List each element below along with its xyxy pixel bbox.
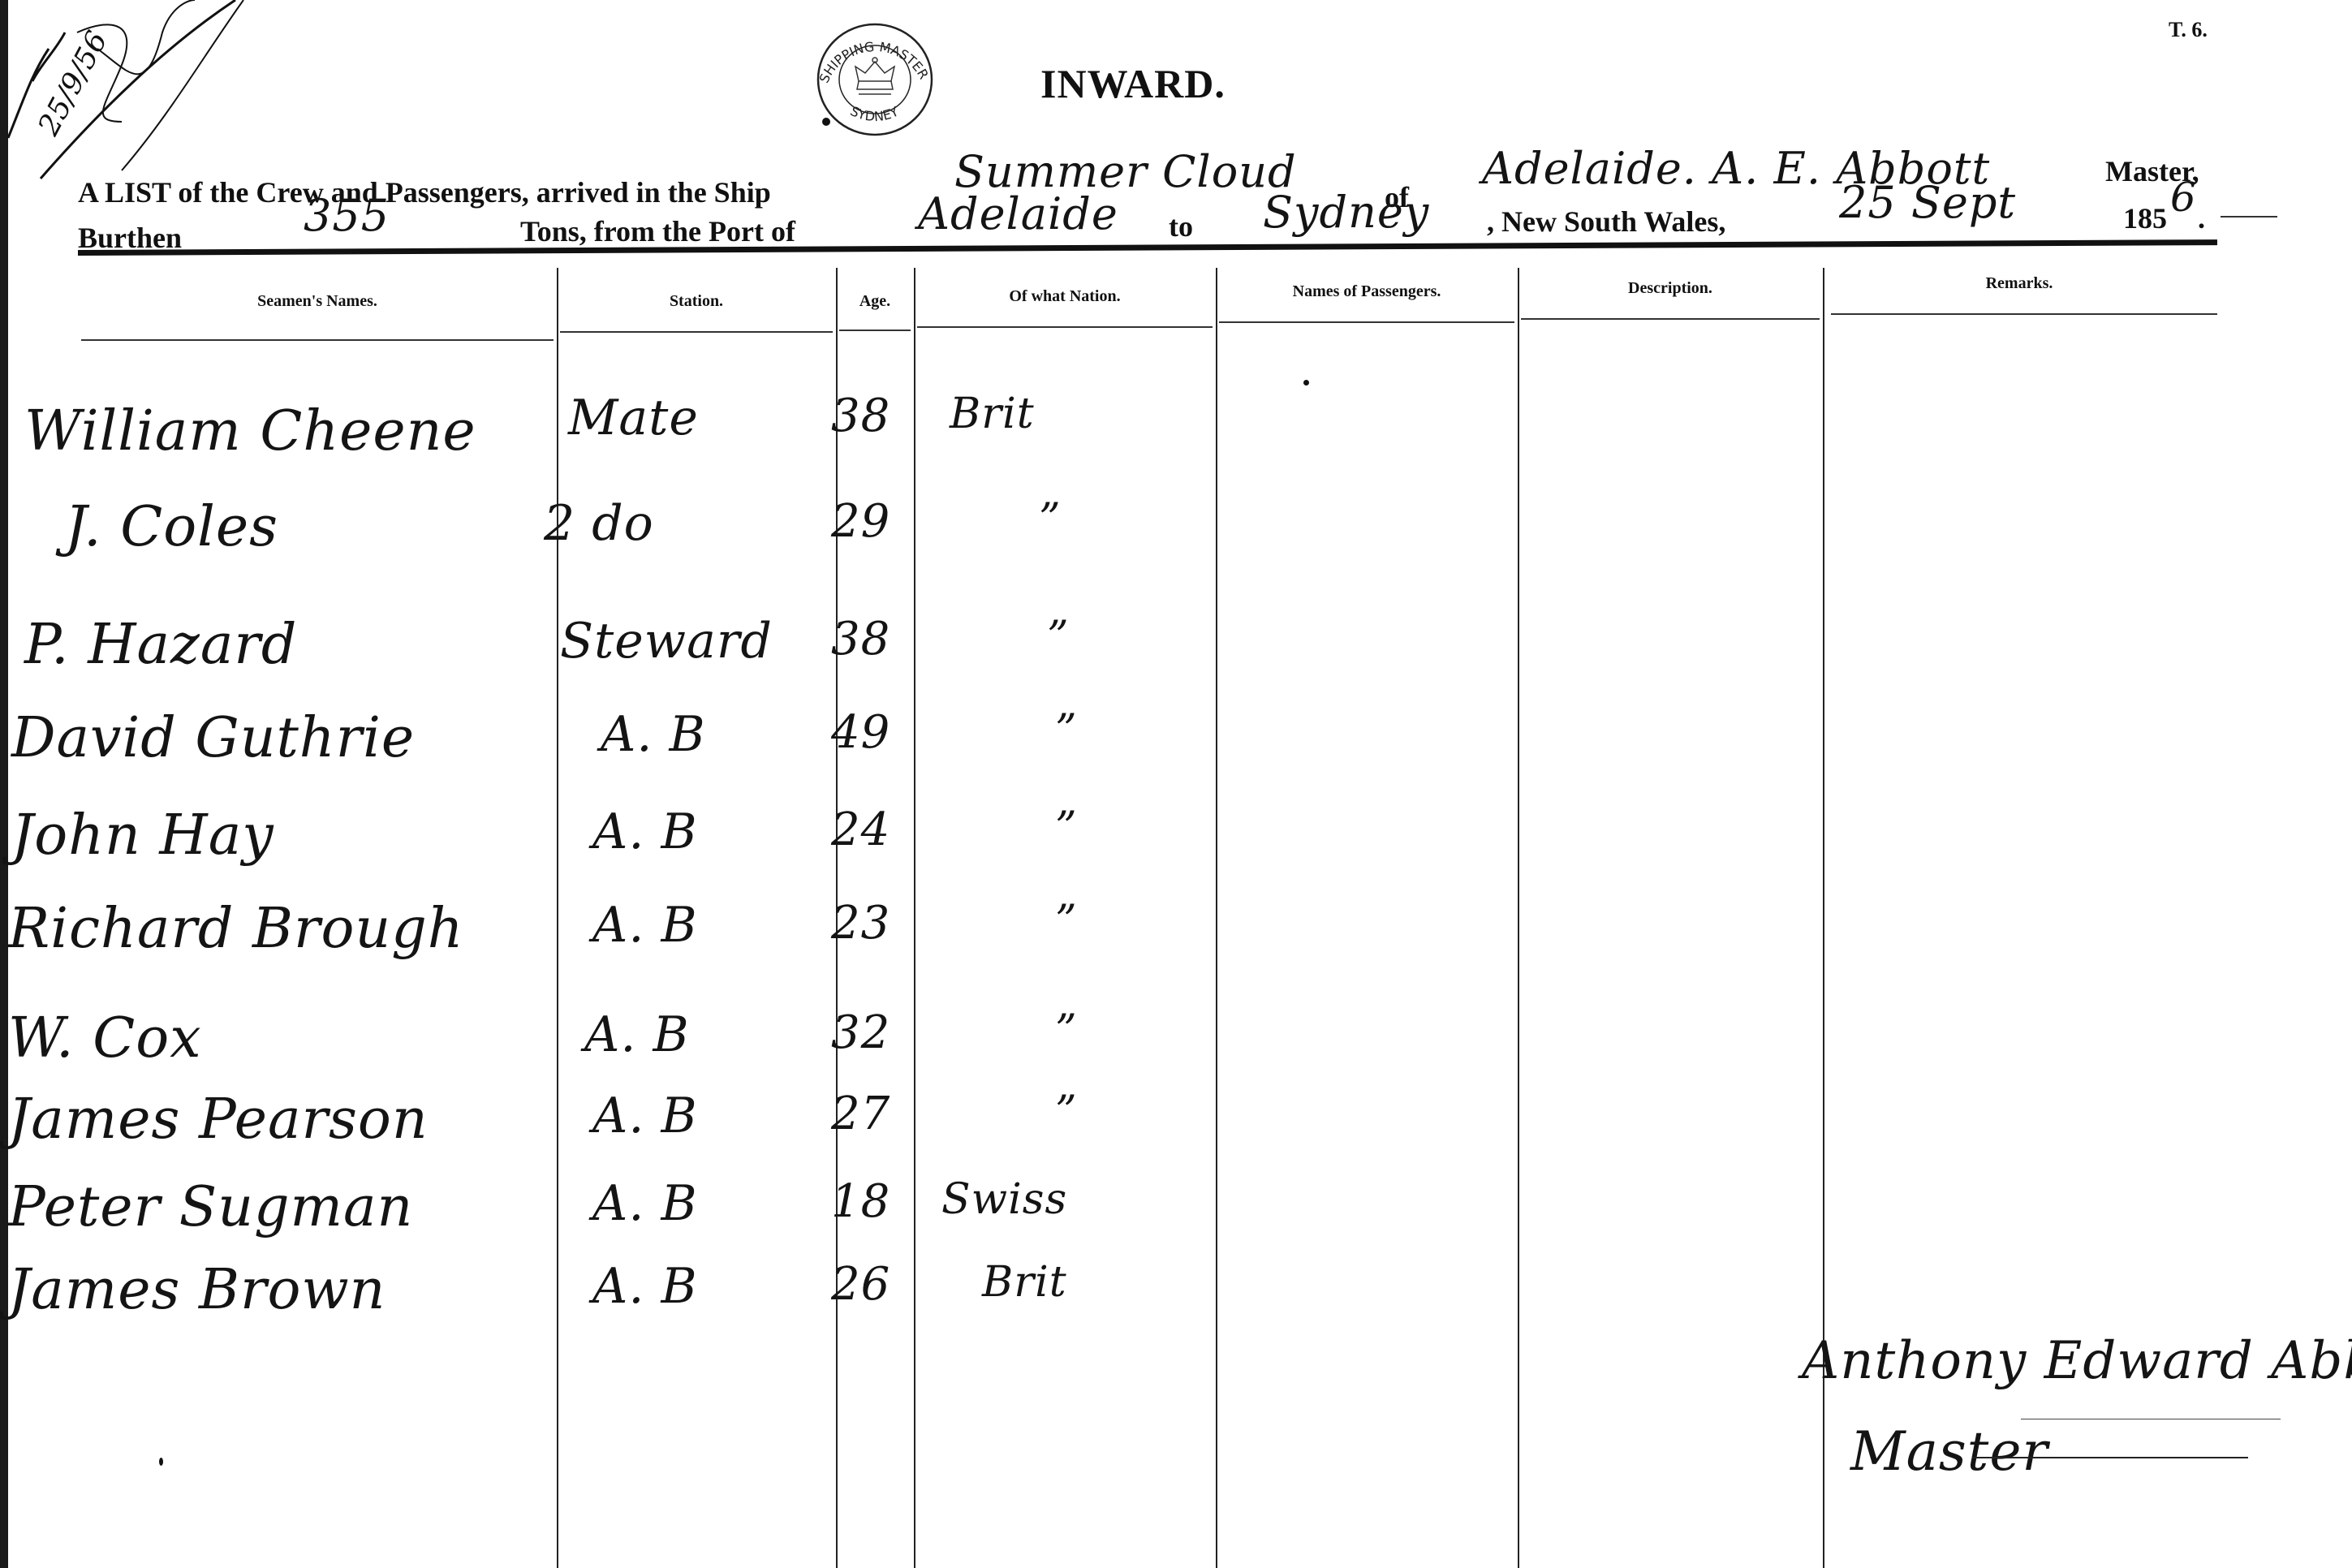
to-label: to: [1169, 209, 1193, 243]
column-header-age: Age.: [836, 292, 914, 311]
column-header-nation: Of what Nation.: [914, 287, 1216, 306]
seaman-age[interactable]: 38: [831, 613, 890, 666]
seaman-nation[interactable]: ”: [1055, 897, 1078, 946]
seaman-age[interactable]: 32: [831, 1006, 890, 1059]
seaman-age[interactable]: 23: [831, 897, 890, 950]
column-header-remarks: Remarks.: [1823, 274, 2216, 293]
crew-row: David Guthrie A. B 49 ”: [0, 706, 1226, 795]
description-area[interactable]: [1521, 341, 1821, 1558]
seaman-name[interactable]: Peter Sugman: [8, 1175, 413, 1239]
crew-row: Richard Brough A. B 23 ”: [0, 897, 1226, 986]
seaman-nation[interactable]: ”: [1055, 1006, 1078, 1055]
header-underline: [1521, 318, 1820, 320]
passenger-names-area[interactable]: [1219, 341, 1516, 1558]
svg-text:25/9/56: 25/9/56: [32, 26, 114, 142]
column-header-seamen-names: Seamen's Names.: [78, 292, 557, 311]
signature-role: Master: [1850, 1420, 2048, 1483]
stamp-inner-text: SYDNEY: [848, 103, 901, 124]
seaman-age[interactable]: 27: [831, 1088, 890, 1140]
signature-underline: [2021, 1419, 2281, 1419]
seaman-name[interactable]: Richard Brough: [8, 897, 464, 961]
header-underline: [1219, 321, 1514, 323]
seaman-age[interactable]: 18: [831, 1175, 890, 1228]
ink-speck: [1303, 380, 1309, 386]
shipping-master-stamp: SHIPPING MASTER SYDNEY: [802, 15, 948, 144]
column-divider-description: [1518, 268, 1519, 1568]
header-underline: [560, 331, 833, 333]
ink-speck: [159, 1458, 163, 1466]
seaman-nation[interactable]: ”: [1039, 495, 1062, 544]
seaman-age[interactable]: 26: [831, 1258, 890, 1311]
column-header-station: Station.: [557, 292, 836, 311]
seaman-age[interactable]: 49: [831, 706, 890, 759]
seaman-station[interactable]: A. B: [592, 803, 698, 860]
seaman-station[interactable]: A. B: [601, 706, 706, 763]
column-header-description: Description.: [1518, 279, 1823, 298]
year-suffix: .: [2198, 201, 2205, 235]
year-handwritten-field[interactable]: 6: [2170, 174, 2197, 221]
seaman-name[interactable]: W. Cox: [8, 1006, 202, 1070]
year-printed: 185: [2123, 201, 2167, 235]
seaman-nation[interactable]: Brit: [950, 390, 1035, 438]
seaman-name[interactable]: P. Hazard: [24, 613, 297, 677]
from-port-field[interactable]: Adelaide: [918, 188, 1118, 239]
new-south-wales-label: , New South Wales,: [1487, 205, 1725, 239]
page-title: INWARD.: [1040, 60, 1226, 107]
seaman-station[interactable]: A. B: [592, 1175, 698, 1232]
seaman-nation[interactable]: ”: [1047, 613, 1070, 661]
header-underline: [81, 339, 554, 341]
seaman-station[interactable]: A. B: [584, 1006, 690, 1063]
crew-row: W. Cox A. B 32 ”: [0, 1006, 1226, 1096]
remarks-area[interactable]: [1826, 341, 2346, 1299]
header-underline: [917, 326, 1213, 328]
crew-row: William Cheene Mate 38 Brit: [0, 390, 1226, 479]
seaman-age[interactable]: 38: [831, 390, 890, 442]
crew-row: J. Coles 2 do 29 ”: [0, 495, 1226, 584]
crown-icon: [855, 58, 894, 94]
crew-row: Peter Sugman A. B 18 Swiss: [0, 1175, 1226, 1264]
crew-row: John Hay A. B 24 ”: [0, 803, 1226, 893]
arrival-date-field[interactable]: 25 Sept: [1839, 177, 2016, 228]
seaman-station[interactable]: A. B: [592, 897, 698, 954]
seaman-name[interactable]: David Guthrie: [11, 706, 415, 770]
seaman-nation[interactable]: ”: [1055, 706, 1078, 755]
signature-name: Anthony Edward Abbott: [1802, 1331, 2352, 1391]
seaman-nation[interactable]: ”: [1055, 1088, 1078, 1136]
form-number: T. 6.: [2169, 18, 2208, 42]
seaman-nation[interactable]: ”: [1055, 803, 1078, 852]
header-underline: [839, 330, 911, 331]
date-tail-stroke: [2221, 216, 2277, 218]
seaman-station[interactable]: 2 do: [544, 495, 654, 552]
seaman-nation[interactable]: Swiss: [941, 1175, 1067, 1224]
column-header-passenger-names: Names of Passengers.: [1216, 282, 1518, 301]
crew-row: P. Hazard Steward 38 ”: [0, 613, 1226, 702]
crew-row: James Pearson A. B 27 ”: [0, 1088, 1226, 1177]
seaman-name[interactable]: J. Coles: [65, 495, 278, 559]
to-port-field[interactable]: Sydney: [1263, 187, 1429, 238]
seaman-age[interactable]: 29: [831, 495, 890, 548]
seaman-station[interactable]: Mate: [568, 390, 699, 446]
tons-from-port-label: Tons, from the Port of: [520, 214, 795, 248]
seaman-station[interactable]: Steward: [560, 613, 773, 670]
seaman-age[interactable]: 24: [831, 803, 890, 856]
seaman-name[interactable]: James Pearson: [8, 1088, 429, 1152]
master-signature: Anthony Edward Abbott Master: [1802, 1315, 2337, 1493]
seaman-station[interactable]: A. B: [592, 1258, 698, 1315]
seaman-name[interactable]: James Brown: [8, 1258, 386, 1322]
burthen-tons-field[interactable]: 355: [304, 190, 390, 241]
seaman-nation[interactable]: Brit: [982, 1258, 1067, 1307]
header-underline: [1831, 313, 2217, 315]
seaman-name[interactable]: William Cheene: [24, 399, 476, 463]
signature-underline: [1972, 1457, 2248, 1458]
crew-row: James Brown A. B 26 Brit: [0, 1258, 1226, 1347]
seaman-name[interactable]: John Hay: [11, 803, 274, 868]
seaman-station[interactable]: A. B: [592, 1088, 698, 1144]
